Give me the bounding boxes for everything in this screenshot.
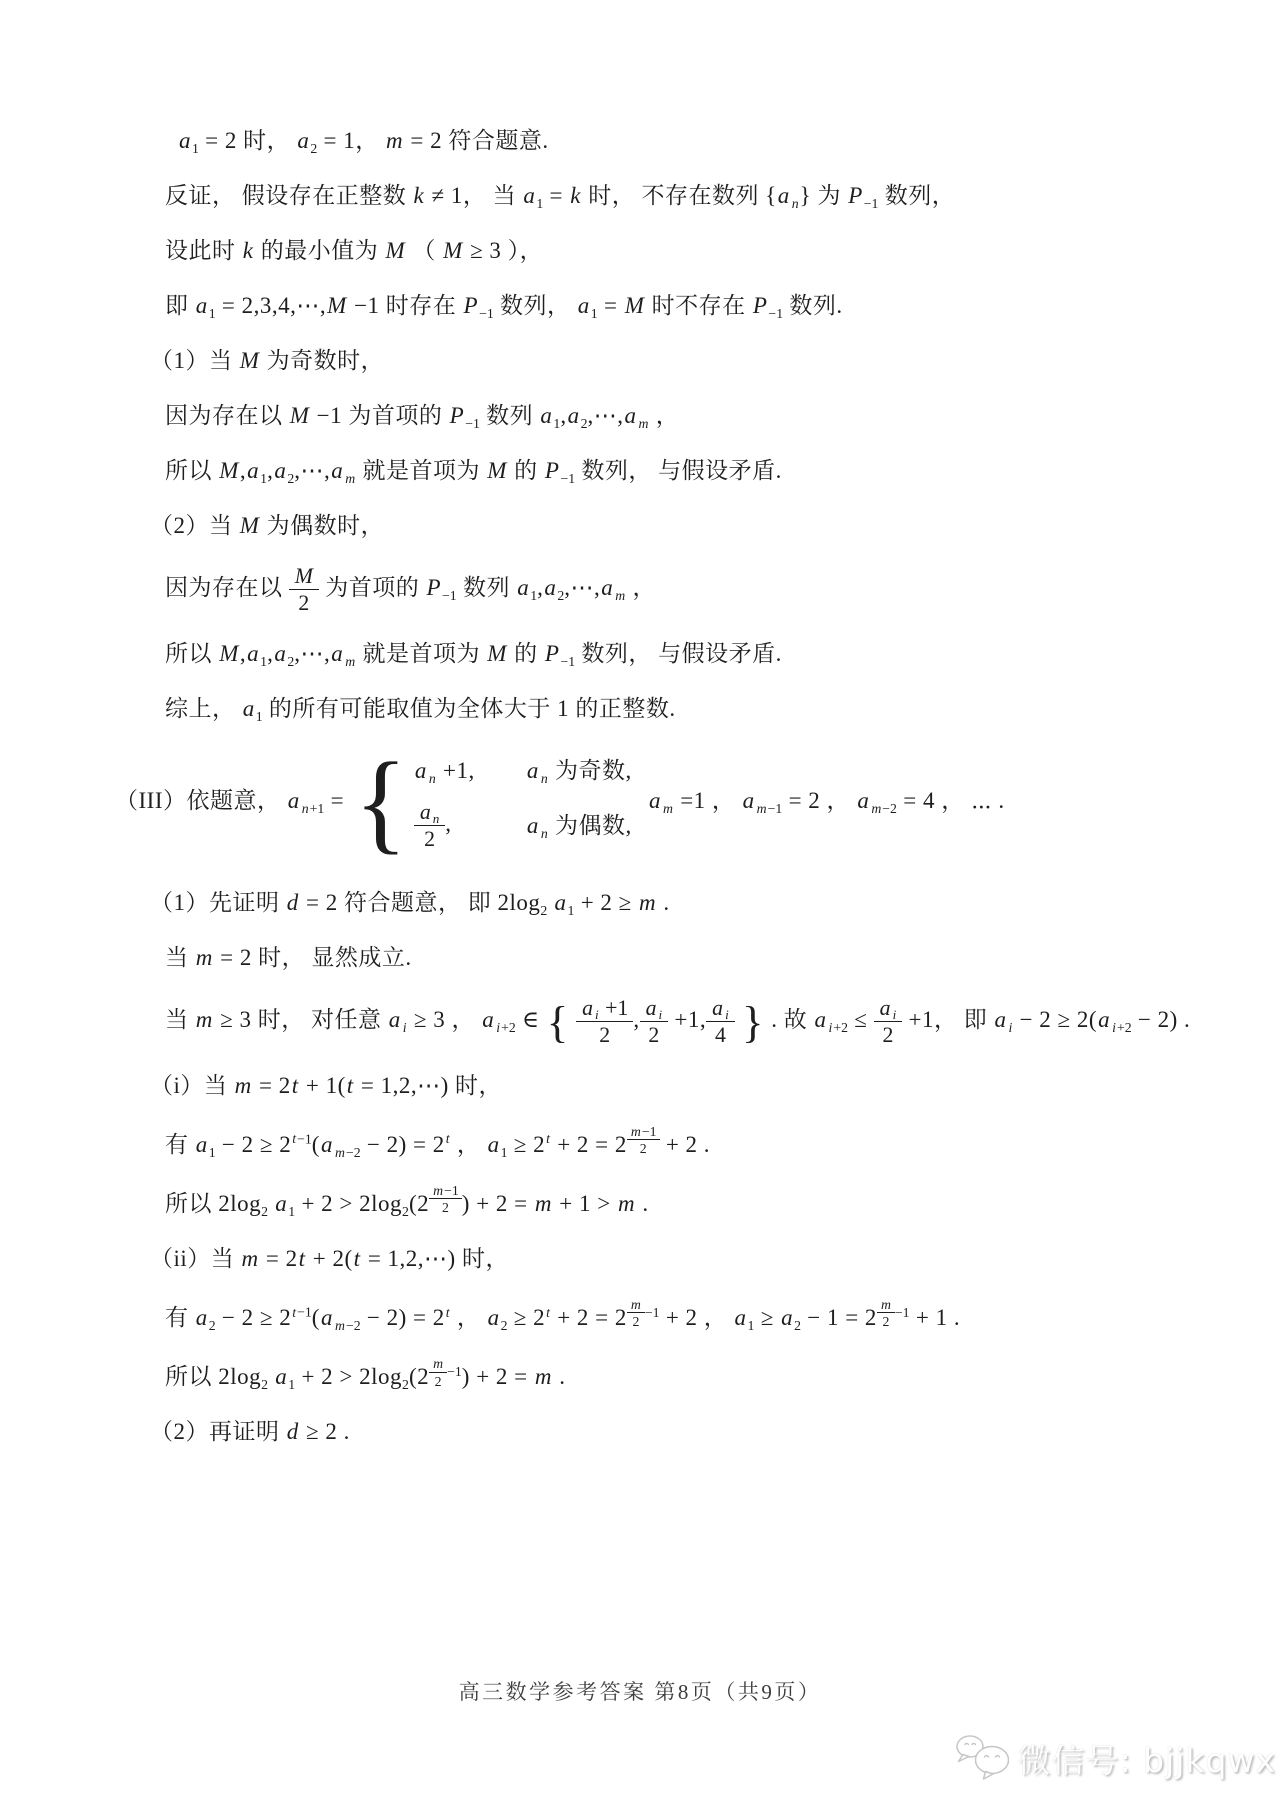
document-line: （2）再证明 d ≥ 2 . xyxy=(150,1415,1234,1449)
answer-content: a1 = 2 时， a2 = 1， m = 2 符合题意.反证， 假设存在正整数… xyxy=(0,0,1280,1449)
brace-glyph: { xyxy=(354,755,408,851)
fraction: ai +12 xyxy=(576,996,633,1048)
wechat-icon xyxy=(953,1733,1013,1783)
document-line: 有 a1 − 2 ≥ 2t−1(am−2 − 2) = 2t ， a1 ≥ 2t… xyxy=(165,1124,1234,1162)
document-line: 因为存在以 M −1 为首项的 P−1 数列 a1,a2,⋯,am ， xyxy=(165,399,1234,433)
document-line: （1）当 M 为奇数时， xyxy=(150,344,1234,378)
document-line: （ii）当 m = 2t + 2(t = 1,2,⋯) 时， xyxy=(150,1242,1234,1276)
fraction: m−12 xyxy=(429,1183,462,1216)
document-line: 设此时 k 的最小值为 M （ M ≥ 3 ）， xyxy=(165,234,1234,268)
document-line: 所以 M,a1,a2,⋯,am 就是首项为 M 的 P−1 数列， 与假设矛盾. xyxy=(165,637,1234,671)
document-line: 所以 2log2 a1 + 2 > 2log2(2m2−1) + 2 = m . xyxy=(165,1356,1234,1394)
document-line: （i）当 m = 2t + 1(t = 1,2,⋯) 时， xyxy=(150,1069,1234,1103)
fraction: ai2 xyxy=(640,996,669,1048)
fraction: m2 xyxy=(429,1356,447,1389)
document-page: a1 = 2 时， a2 = 1， m = 2 符合题意.反证， 假设存在正整数… xyxy=(0,0,1280,1810)
document-line: 即 a1 = 2,3,4,⋯,M −1 时存在 P−1 数列， a1 = M 时… xyxy=(165,289,1234,323)
document-line: 反证， 假设存在正整数 k ≠ 1， 当 a1 = k 时， 不存在数列 {an… xyxy=(165,179,1234,213)
document-line: 所以 2log2 a1 + 2 > 2log2(2m−12) + 2 = m +… xyxy=(165,1183,1234,1221)
wechat-watermark: 微信号: bjjkqwx xyxy=(953,1733,1276,1783)
document-line: 当 m = 2 时， 显然成立. xyxy=(165,941,1234,975)
fraction: an2 xyxy=(414,800,445,852)
fraction: ai4 xyxy=(706,996,735,1048)
document-line: （2）当 M 为偶数时， xyxy=(150,509,1234,543)
document-line: （III）依题意， an+1 = {an +1, an 为奇数,an2, an … xyxy=(115,754,1234,852)
document-line: 综上， a1 的所有可能取值为全体大于 1 的正整数. xyxy=(165,692,1234,726)
document-line: 因为存在以 M2 为首项的 P−1 数列 a1,a2,⋯,am ， xyxy=(165,564,1234,616)
page-footer: 高三数学参考答案 第8页（共9页） xyxy=(0,1676,1280,1706)
piecewise-cases: {an +1, an 为奇数,an2, an 为偶数, xyxy=(354,754,631,852)
fraction: M2 xyxy=(289,564,319,616)
document-line: 当 m ≥ 3 时， 对任意 ai ≥ 3 ， ai+2 ∈ { ai +12,… xyxy=(165,996,1234,1048)
fraction: m−12 xyxy=(627,1124,660,1157)
fraction: m2 xyxy=(877,1297,895,1330)
document-line: 所以 M,a1,a2,⋯,am 就是首项为 M 的 P−1 数列， 与假设矛盾. xyxy=(165,454,1234,488)
document-line: 有 a2 − 2 ≥ 2t−1(am−2 − 2) = 2t ， a2 ≥ 2t… xyxy=(165,1297,1234,1335)
fraction: m2 xyxy=(627,1297,645,1330)
document-line: （1）先证明 d = 2 符合题意， 即 2log2 a1 + 2 ≥ m . xyxy=(150,886,1234,920)
document-line: a1 = 2 时， a2 = 1， m = 2 符合题意. xyxy=(178,124,1234,158)
fraction: ai2 xyxy=(874,996,903,1048)
wechat-id-text: 微信号: bjjkqwx xyxy=(1018,1735,1276,1782)
